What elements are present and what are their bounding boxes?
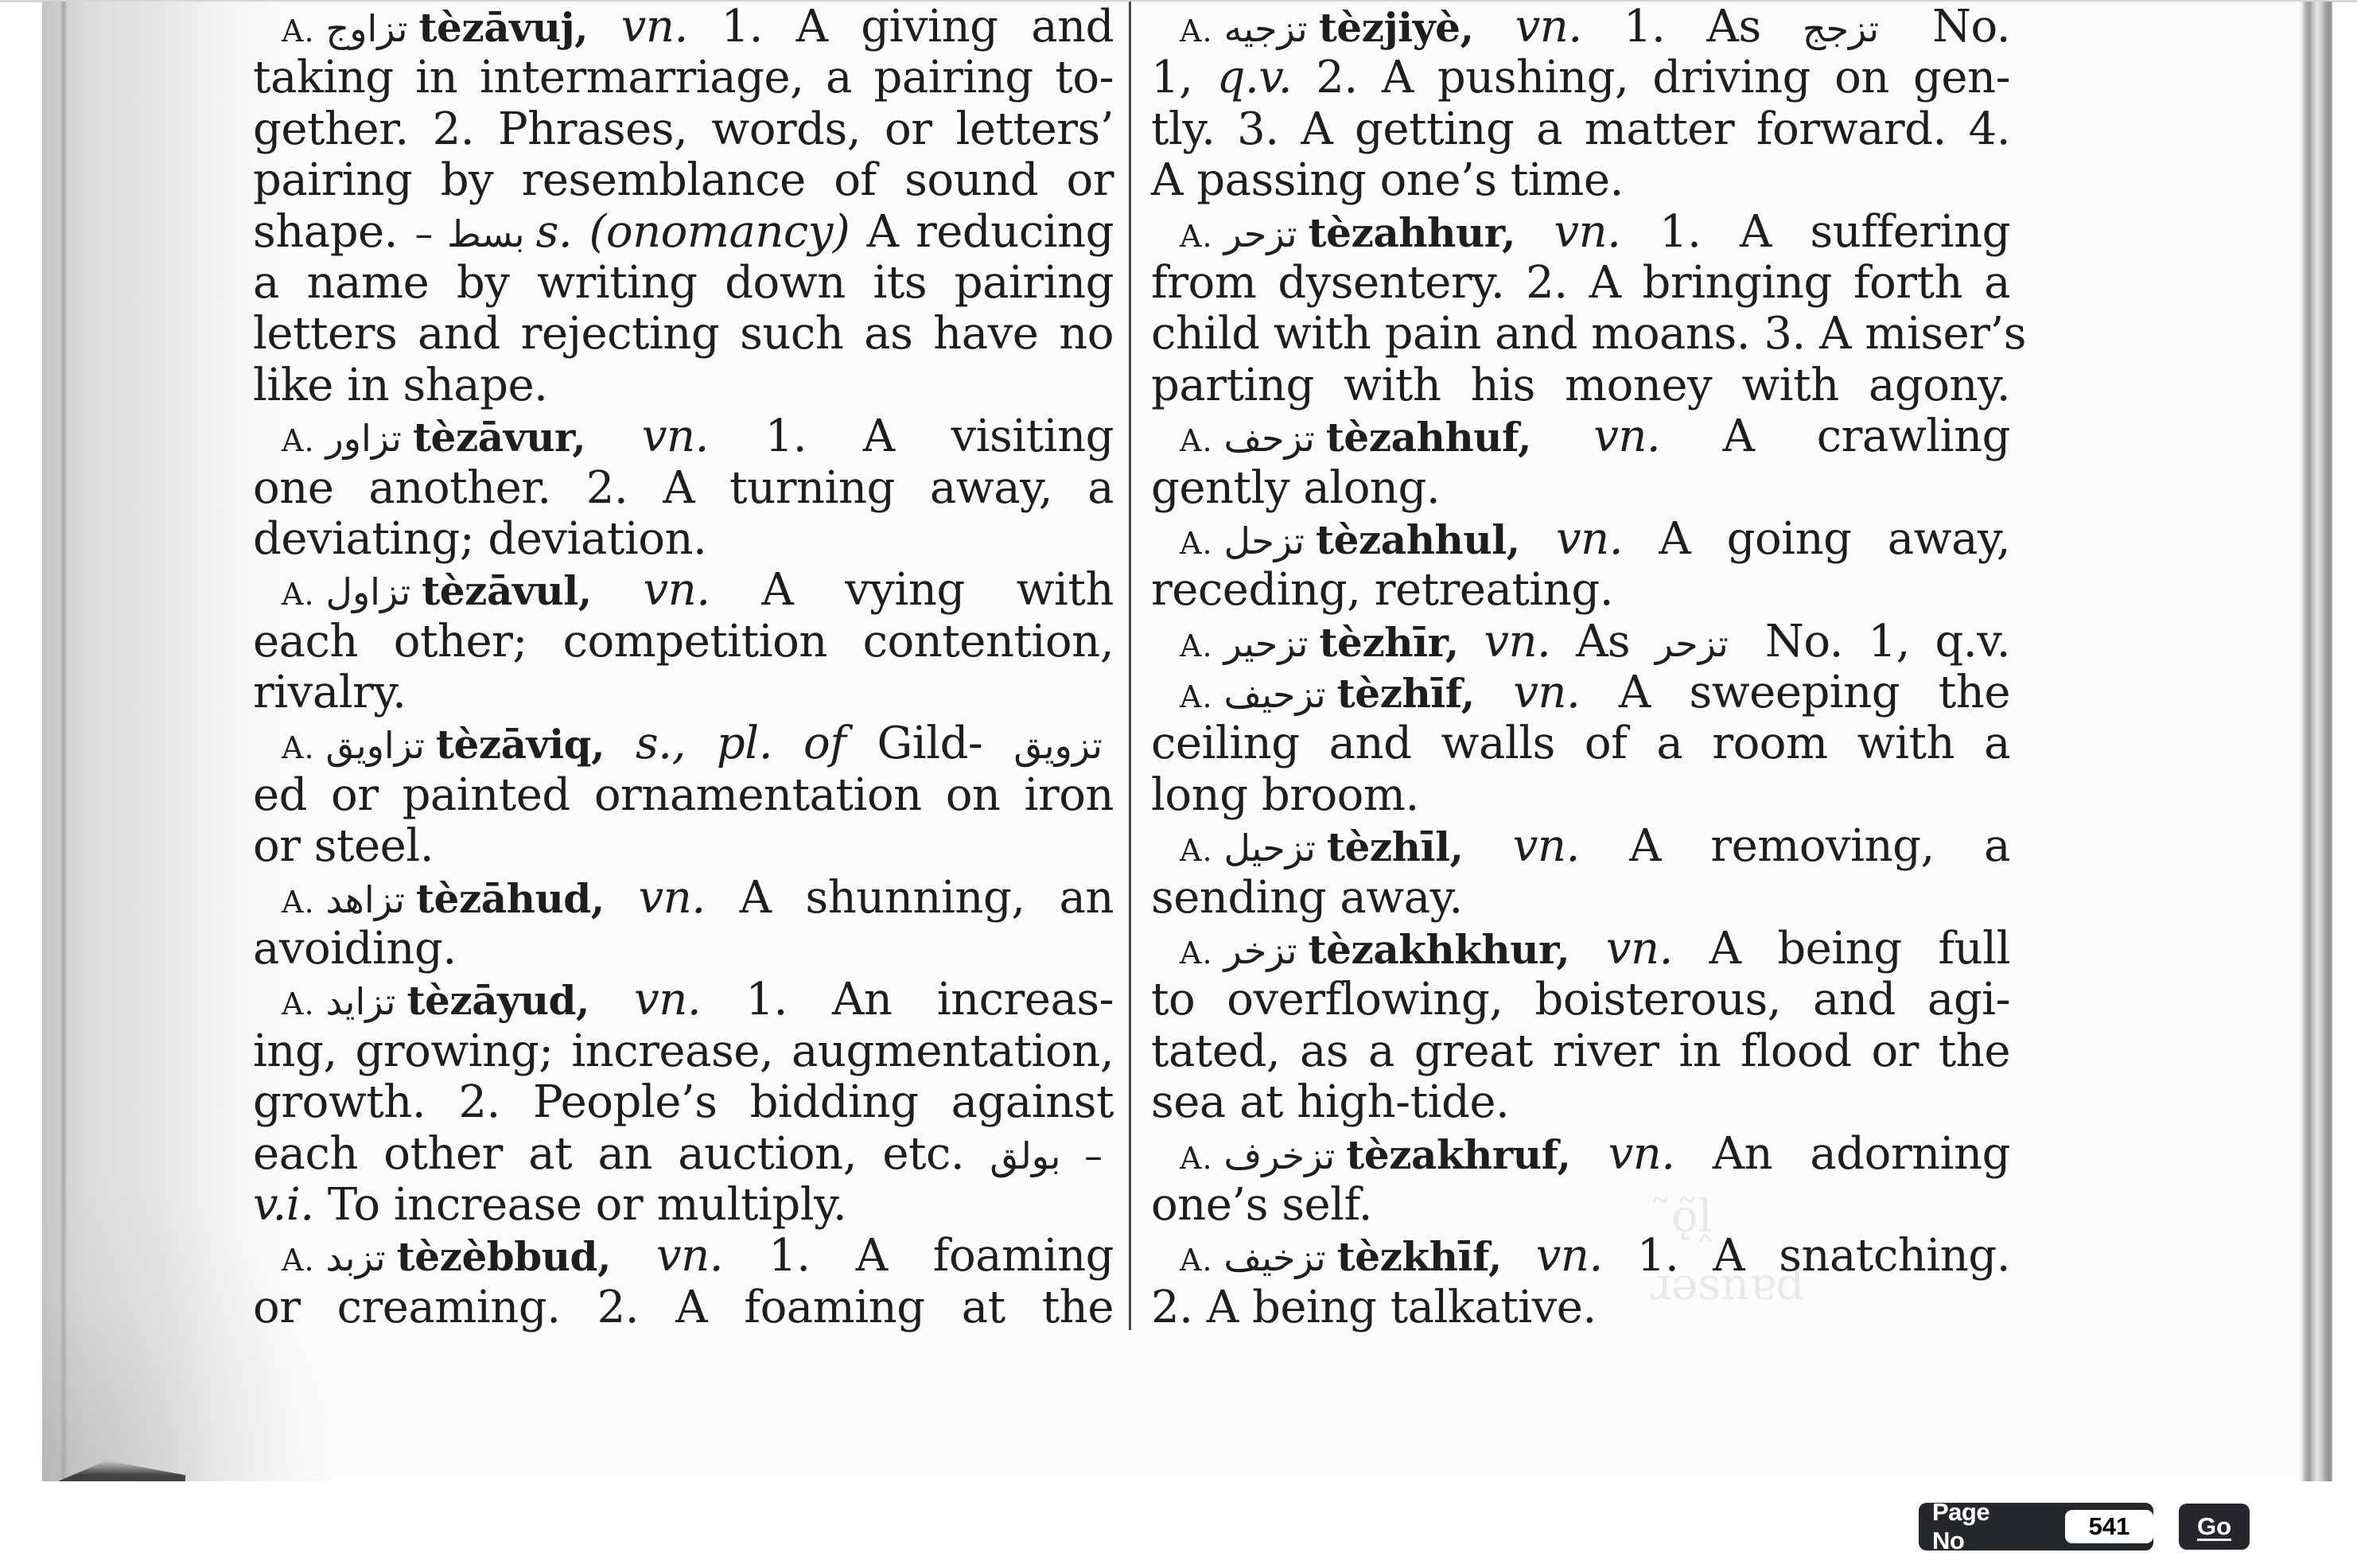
definition-text: As — [1550, 616, 1630, 667]
language-tag: A. — [1180, 14, 1213, 49]
entry-headline: A.تزحرtèzahhur, vn. 1. A suffering — [1151, 207, 2010, 258]
language-tag: A. — [282, 885, 315, 920]
headword: tèzāvul, — [422, 567, 592, 614]
arabic-word: تزجج — [1803, 7, 1879, 50]
entry-headline: A.تزاويقtèzāviq, s., pl. of Gild- تزويق — [253, 718, 1114, 769]
definition-text: 1. A visiting — [709, 410, 1114, 462]
entry-headline: A.تزحيرtèzhīr, vn. As تزحر No. 1, q.v. — [1151, 617, 2010, 667]
entry-headline: A.تزبدtèzèbbud, vn. 1. A foaming — [253, 1231, 1114, 1282]
arabic-word: – بسط — [414, 212, 524, 255]
headword: tèzhīl, — [1327, 823, 1464, 870]
part-of-speech: vn. — [644, 564, 710, 616]
page-navigation: Page No Go — [1919, 1503, 2250, 1550]
headword: tèzahhuf, — [1326, 414, 1531, 461]
text-line: ing, growing; increase, augmentation, — [253, 1026, 1114, 1077]
text-line: taking in intermarriage, a pairing to- — [253, 53, 1114, 103]
part-of-speech: s., pl. of — [636, 718, 846, 769]
part-of-speech: vn. — [1515, 2, 1582, 53]
text-line: like in shape. — [253, 360, 1114, 411]
definition-text: A vying with — [710, 564, 1114, 616]
text-line: child with pain and moans. 3. A miser’s — [1151, 309, 2010, 360]
text-line: one another. 2. A turning away, a — [253, 463, 1114, 514]
language-tag: A. — [1180, 628, 1213, 663]
definition-text: No. — [1890, 2, 2010, 53]
text-line: shape. – بسطs. (onomancy) A reducing — [253, 207, 1114, 258]
definition-text: 1. A foaming — [723, 1230, 1114, 1282]
headword: tèzāvur, — [413, 414, 585, 461]
language-tag: A. — [1180, 423, 1213, 458]
text-line: gether. 2. Phrases, words, or letters’ — [253, 104, 1114, 155]
definition-text: A reducing — [850, 206, 1114, 258]
headword: tèzakhruf, — [1346, 1131, 1570, 1178]
italic-label: q.v. — [1217, 52, 1292, 103]
definition-text: A crawling — [1660, 410, 2010, 462]
headword: tèzāvuj, — [418, 4, 588, 51]
entry-headline: A.تزحيفtèzhīf, vn. A sweeping the — [1151, 667, 2010, 718]
language-tag: A. — [282, 730, 315, 765]
text-line: from dysentery. 2. A bringing forth a — [1151, 258, 2010, 309]
language-tag: A. — [282, 577, 315, 612]
text-fragment: each other at an auction, etc. — [253, 1128, 990, 1180]
text-line: a name by writing down its pairing — [253, 258, 1114, 309]
text-line: to overflowing, boisterous, and agi- — [1151, 975, 2010, 1025]
text-line: tated, as a great river in flood or the — [1151, 1026, 2010, 1077]
page-number-label: Page No — [1932, 1498, 2024, 1555]
definition-text: 1. As — [1582, 2, 1761, 53]
definition-text: A removing, a — [1580, 820, 2010, 872]
part-of-speech: vn. — [1606, 923, 1673, 975]
arabic-word: تزخر — [1224, 929, 1297, 972]
part-of-speech: vn. — [639, 872, 706, 924]
entry-headline: A.تزجيهtèzjiyè, vn. 1. As تزجج No. — [1151, 2, 2010, 53]
text-line: pairing by resemblance of sound or — [253, 155, 1114, 206]
arabic-word: تزاور — [326, 417, 402, 460]
entry-headline: A.تزخرفtèzakhruf, vn. An adorning — [1151, 1129, 2010, 1180]
text-fragment: 1, — [1151, 52, 1217, 103]
italic-label: s. (onomancy) — [536, 206, 850, 258]
headword: tèzāhud, — [416, 875, 605, 922]
entry-headline: A.تزاهدtèzāhud, vn. A shunning, an — [253, 873, 1114, 924]
arabic-word: تزحر — [1224, 212, 1297, 255]
arabic-word: تزخرف — [1224, 1134, 1336, 1177]
arabic-word: تزبد — [326, 1236, 386, 1279]
text-line: ed or painted ornamentation on iron — [253, 770, 1114, 821]
page-number-input[interactable] — [2065, 1510, 2153, 1543]
entry-headline: A.تزاولtèzāvul, vn. A vying with — [253, 565, 1114, 616]
definition-text: To increase or multiply. — [314, 1179, 847, 1231]
headword: tèzāviq, — [436, 721, 605, 768]
page-edge-border — [2299, 2, 2332, 1481]
text-line: sending away. — [1151, 873, 2010, 924]
scanned-page: ˜ǫ̃ḽ ɹǝsnɐd A.تزاوجtèzāvuj, vn. 1. A giv… — [42, 2, 2332, 1481]
arabic-word: تزاول — [326, 570, 411, 613]
text-line: receding, retreating. — [1151, 565, 2010, 616]
part-of-speech: vn. — [1513, 820, 1580, 872]
language-tag: A. — [1180, 1243, 1213, 1278]
arabic-word: تزحف — [1224, 417, 1315, 460]
part-of-speech: vn. — [1556, 513, 1623, 565]
language-tag: A. — [1180, 219, 1213, 254]
entry-headline: A.تزخيفtèzkhīf, vn. 1. A snatching. — [1151, 1231, 2010, 1282]
definition-text: Gild- — [846, 718, 982, 769]
text-line: 1, q.v. 2. A pushing, driving on gen- — [1151, 53, 2010, 103]
headword: tèzāyud, — [406, 977, 589, 1024]
language-tag: A. — [1180, 679, 1213, 714]
entry-headline: A.تزحيلtèzhīl, vn. A removing, a — [1151, 821, 2010, 872]
language-tag: A. — [282, 1243, 315, 1278]
text-line: ceiling and walls of a room with a — [1151, 718, 2010, 769]
text-line: sea at high-tide. — [1151, 1077, 2010, 1128]
language-tag: A. — [282, 986, 315, 1021]
definition-text: 1. A suffering — [1620, 206, 2010, 258]
column-divider — [1129, 2, 1131, 1330]
definition-text: 1. A snatching. — [1603, 1230, 2010, 1282]
text-line: A passing one’s time. — [1151, 155, 2010, 206]
right-column: A.تزجيهtèzjiyè, vn. 1. As تزجج No.1, q.v… — [1151, 2, 2010, 1333]
definition-text: 2. A pushing, driving on gen- — [1292, 52, 2010, 103]
entry-headline: A.تزايدtèzāyud, vn. 1. An increas- — [253, 975, 1114, 1025]
arabic-word: تزويق — [1013, 724, 1103, 767]
headword: tèzhīf, — [1337, 670, 1475, 717]
arabic-word: تزاويق — [326, 724, 425, 767]
headword: tèzjiyè, — [1319, 4, 1474, 51]
definition-text: 1. An increas- — [701, 974, 1114, 1025]
text-line: 2. A being talkative. — [1151, 1282, 2010, 1333]
left-column: A.تزاوجtèzāvuj, vn. 1. A giving andtakin… — [253, 2, 1114, 1333]
part-of-speech: vn. — [1608, 1128, 1675, 1180]
language-tag: A. — [1180, 1141, 1213, 1176]
arabic-word: تزحيل — [1224, 827, 1316, 870]
definition-text: A being full — [1673, 923, 2010, 975]
part-of-speech: vn. — [621, 2, 688, 53]
definition-text: A sweeping the — [1580, 667, 2010, 718]
part-of-speech: vn. — [642, 410, 709, 462]
text-line: tly. 3. A getting a matter forward. 4. — [1151, 104, 2010, 155]
part-of-speech: vn. — [656, 1230, 723, 1282]
definition-text: An adorning — [1675, 1128, 2010, 1180]
arabic-word: تزجيه — [1224, 7, 1308, 50]
part-of-speech: vn. — [634, 974, 701, 1025]
text-line: long broom. — [1151, 770, 2010, 821]
language-tag: A. — [282, 423, 315, 458]
text-fragment: shape. — [253, 206, 414, 258]
part-of-speech: vn. — [1593, 410, 1660, 462]
arabic-word: بولق – — [990, 1134, 1103, 1177]
headword: tèzakhkhur, — [1309, 926, 1570, 973]
part-of-speech: vn. — [1484, 616, 1550, 667]
language-tag: A. — [1180, 833, 1213, 868]
headword: tèzhīr, — [1319, 619, 1458, 666]
part-of-speech: vn. — [1513, 667, 1580, 718]
entry-headline: A.تزخرtèzakhkhur, vn. A being full — [1151, 924, 2010, 975]
italic-label: v.i. — [253, 1179, 314, 1231]
text-line: each other at an auction, etc. بولق – — [253, 1129, 1114, 1180]
definition-text: No. 1, q.v. — [1740, 616, 2010, 667]
text-line: one’s self. — [1151, 1180, 2010, 1231]
definition-text: A going away, — [1623, 513, 2010, 565]
arabic-word: تزحر — [1655, 622, 1729, 665]
text-line: or creaming. 2. A foaming at the — [253, 1282, 1114, 1333]
text-line: each other; competition contention, — [253, 617, 1114, 667]
language-tag: A. — [282, 14, 315, 49]
text-line: deviating; deviation. — [253, 514, 1114, 565]
definition-text: A shunning, an — [706, 872, 1114, 924]
text-line: gently along. — [1151, 463, 2010, 514]
text-line: parting with his money with agony. — [1151, 360, 2010, 411]
arabic-word: تزاهد — [326, 878, 405, 921]
text-line: avoiding. — [253, 924, 1114, 975]
text-line: letters and rejecting such as have no — [253, 309, 1114, 360]
headword: tèzahhul, — [1316, 516, 1520, 563]
entry-headline: A.تزاورtèzāvur, vn. 1. A visiting — [253, 411, 1114, 462]
headword: tèzahhur, — [1309, 209, 1515, 256]
headword: tèzèbbud, — [397, 1233, 611, 1280]
language-tag: A. — [1180, 526, 1213, 561]
entry-headline: A.تزحفtèzahhuf, vn. A crawling — [1151, 411, 2010, 462]
arabic-word: تزايد — [326, 980, 396, 1023]
text-line: rivalry. — [253, 667, 1114, 718]
part-of-speech: vn. — [1554, 206, 1620, 258]
language-tag: A. — [1180, 936, 1213, 971]
entry-headline: A.تزاوجtèzāvuj, vn. 1. A giving and — [253, 2, 1114, 53]
definition-text: 1. A giving and — [688, 2, 1114, 53]
arabic-word: تزحيف — [1224, 673, 1326, 716]
part-of-speech: vn. — [1536, 1230, 1603, 1282]
entry-headline: A.تزحلtèzahhul, vn. A going away, — [1151, 514, 2010, 565]
page-number-box: Page No — [1919, 1503, 2153, 1550]
text-line: v.i. To increase or multiply. — [253, 1180, 1114, 1231]
text-line: or steel. — [253, 821, 1114, 872]
book-page-viewer: ˜ǫ̃ḽ ɹǝsnɐd A.تزاوجtèzāvuj, vn. 1. A giv… — [0, 0, 2357, 1568]
text-line: growth. 2. People’s bidding against — [253, 1077, 1114, 1128]
headword: tèzkhīf, — [1337, 1233, 1502, 1280]
arabic-word: تزخيف — [1224, 1236, 1326, 1279]
go-button[interactable]: Go — [2179, 1504, 2250, 1550]
arabic-word: تزحل — [1224, 519, 1305, 562]
arabic-word: تزحير — [1224, 622, 1309, 665]
arabic-word: تزاوج — [326, 7, 408, 50]
